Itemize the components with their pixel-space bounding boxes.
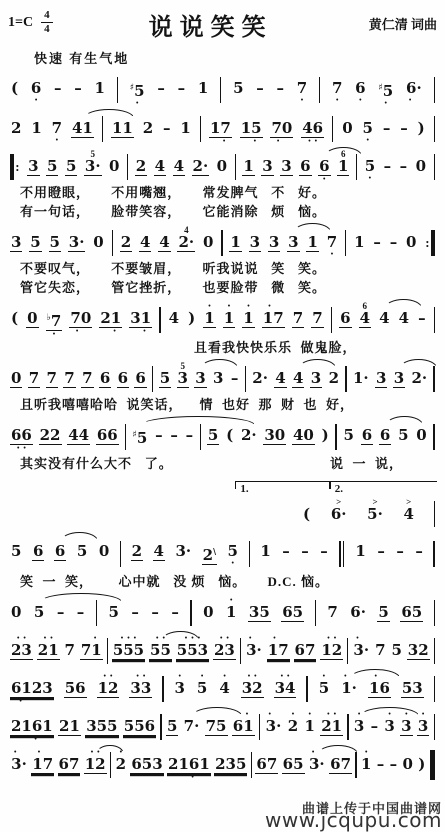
note: •3 bbox=[383, 710, 395, 742]
note-text: – bbox=[170, 604, 180, 621]
note-text: 1 bbox=[197, 80, 209, 97]
lyric-right: 说 一 说， bbox=[330, 455, 403, 473]
note-text: 31 bbox=[129, 310, 152, 328]
note-text: 6 bbox=[54, 543, 66, 561]
note-text: 41 bbox=[71, 120, 94, 138]
note: 355 bbox=[85, 710, 118, 743]
note-text: 23 bbox=[10, 642, 33, 660]
note: • 17 bbox=[262, 302, 285, 335]
note-text: 4 bbox=[218, 680, 230, 697]
note: • 3· bbox=[352, 634, 370, 666]
note: 4 bbox=[292, 362, 304, 395]
note: •1 bbox=[203, 302, 215, 335]
duration-dash: – bbox=[414, 535, 424, 567]
note: 2· bbox=[240, 419, 258, 451]
note: 32 bbox=[407, 634, 430, 667]
barline bbox=[332, 114, 333, 144]
note-text: 4 bbox=[139, 234, 151, 252]
note: 6 bbox=[299, 150, 311, 183]
barline bbox=[200, 422, 201, 452]
duration-dash: – bbox=[372, 226, 382, 258]
note: •4 bbox=[218, 672, 230, 704]
barline bbox=[434, 598, 435, 628]
note-text: 2 bbox=[328, 370, 340, 387]
note: 7 bbox=[292, 302, 304, 335]
note-text: 5 bbox=[397, 427, 409, 444]
note: 61 bbox=[337, 150, 349, 183]
note-text: 5 bbox=[377, 604, 389, 622]
note: 6·• bbox=[405, 72, 423, 104]
duration-dash: – bbox=[319, 535, 329, 567]
note-text: 6 bbox=[99, 370, 111, 388]
note-text: 3· bbox=[352, 642, 370, 659]
barline bbox=[319, 75, 320, 105]
note: •61 bbox=[232, 710, 255, 743]
barline: : bbox=[424, 228, 435, 258]
accidental: ♯ bbox=[378, 83, 382, 93]
note-text: 21 bbox=[320, 718, 343, 736]
slide-mark: \ bbox=[213, 546, 216, 556]
octave-dot-low: • bbox=[363, 137, 373, 144]
note: •2 bbox=[287, 710, 299, 742]
note-text: 3· bbox=[265, 718, 283, 735]
rest-note: 0 bbox=[10, 362, 22, 395]
note-text: 556 bbox=[123, 718, 156, 736]
note-text: 4 bbox=[153, 543, 165, 561]
note-text: – bbox=[372, 234, 382, 251]
note: •1 bbox=[360, 748, 372, 780]
note: 5 bbox=[343, 419, 355, 451]
note: 1 bbox=[242, 150, 254, 183]
intro-line-1: (6•––1♯5•––15––7•7•6•♯5•6·• bbox=[8, 72, 437, 107]
barline bbox=[245, 364, 246, 394]
note-text: – bbox=[130, 604, 140, 621]
note-text: – bbox=[376, 756, 386, 773]
note: 4 bbox=[153, 535, 165, 568]
barline bbox=[220, 75, 221, 105]
note-text: 65 bbox=[281, 604, 304, 622]
note-text: 67 bbox=[58, 756, 81, 774]
note-text: 0 bbox=[216, 158, 228, 175]
note-text: – bbox=[399, 120, 409, 137]
note: 2 bbox=[142, 112, 154, 144]
note: 3 bbox=[212, 362, 224, 394]
barline: : bbox=[10, 152, 21, 182]
note-text: 75 bbox=[205, 718, 228, 736]
octave-dot-low: • bbox=[172, 774, 205, 781]
note-text: 4 bbox=[292, 370, 304, 388]
key-time-signature: 1=C 4 4 bbox=[8, 6, 53, 35]
paren: ) bbox=[321, 419, 330, 451]
volta-2-bracket: 2. bbox=[330, 481, 437, 496]
rest-note: 0 bbox=[216, 150, 228, 182]
note-text: ) bbox=[321, 427, 330, 444]
note-text: 4 bbox=[398, 310, 410, 327]
note-text: 3 bbox=[417, 718, 429, 736]
rest-note: 0 bbox=[405, 226, 417, 258]
note-text: – bbox=[73, 80, 83, 97]
note-text: – bbox=[395, 543, 405, 560]
note: 1 bbox=[179, 112, 191, 144]
note: 3 bbox=[194, 362, 206, 395]
note: 2 bbox=[10, 112, 22, 144]
note-text: 6· bbox=[349, 604, 367, 621]
octave-dot-low: • bbox=[332, 97, 342, 104]
note-text: 7 bbox=[28, 370, 40, 388]
note: 1· bbox=[352, 362, 370, 394]
note: 5 bbox=[377, 596, 389, 629]
note-text: 32 bbox=[407, 642, 430, 660]
note-text: – bbox=[169, 427, 179, 444]
note-text: 5 bbox=[207, 427, 219, 445]
note-text: 1 bbox=[353, 234, 365, 251]
note: 67 bbox=[255, 748, 278, 781]
note-text: 5 bbox=[159, 370, 171, 388]
note-text: 7 bbox=[63, 370, 75, 388]
note-text: 22 bbox=[39, 427, 62, 445]
duration-dash: – bbox=[53, 72, 63, 104]
note-text: 1 bbox=[242, 310, 254, 328]
duration-dash: – bbox=[76, 596, 86, 628]
volta-brackets: 1.2. bbox=[8, 481, 437, 496]
note-text: 7 bbox=[46, 370, 58, 388]
note: 66 bbox=[96, 419, 119, 452]
note-text: 4 bbox=[378, 310, 390, 327]
note-text: – bbox=[150, 604, 160, 621]
duration-dash: – bbox=[383, 150, 393, 182]
note-text: 2· bbox=[251, 370, 269, 387]
note: 46•• bbox=[301, 112, 324, 145]
note-text: 3 bbox=[10, 234, 22, 252]
barline bbox=[356, 152, 357, 182]
note: • 3· bbox=[308, 748, 326, 780]
barline bbox=[96, 598, 97, 628]
note-text: ) bbox=[187, 310, 196, 327]
note: •3 bbox=[417, 710, 429, 743]
note-text: 5 bbox=[196, 680, 208, 697]
note-text: 5 bbox=[10, 543, 22, 560]
duration-dash: – bbox=[399, 112, 409, 144]
score-body: (6•––1♯5•––15––7•7•6•♯5•6·• 217•41112–11… bbox=[8, 72, 437, 781]
note: 3 bbox=[375, 362, 387, 395]
note: 2· bbox=[410, 362, 428, 394]
accent-mark: > bbox=[372, 498, 377, 505]
duration-dash: – bbox=[370, 710, 380, 742]
note: 2 bbox=[120, 226, 132, 259]
note-text: ( bbox=[302, 506, 311, 523]
rest-note: 0 bbox=[202, 596, 214, 628]
barline bbox=[125, 422, 126, 452]
note: 75 bbox=[205, 710, 228, 743]
note: 5 bbox=[65, 150, 77, 183]
volta-1-bracket: 1. bbox=[235, 481, 329, 496]
note: 41 bbox=[71, 112, 94, 145]
note-text: 653 bbox=[130, 756, 163, 774]
note-text: 2161 bbox=[167, 756, 211, 774]
note: •5 bbox=[318, 672, 330, 704]
note: 2 bbox=[135, 150, 147, 183]
note: 6 bbox=[54, 535, 66, 568]
note: 5 bbox=[76, 535, 88, 567]
note: 7 bbox=[64, 634, 76, 666]
note-text: – bbox=[389, 756, 399, 773]
note-text: ) bbox=[417, 756, 426, 773]
rest-note: 0 bbox=[415, 150, 427, 182]
duration-dash: – bbox=[56, 596, 66, 628]
note: ••55 bbox=[149, 634, 172, 667]
paren: ( bbox=[302, 498, 311, 530]
note-text: 7 bbox=[296, 80, 308, 97]
note: •1 bbox=[223, 302, 235, 335]
note-text: 56 bbox=[64, 680, 87, 698]
octave-dot-low: •• bbox=[13, 445, 30, 452]
note-text: 3 bbox=[393, 370, 405, 388]
note: 65 bbox=[281, 596, 304, 629]
note: ••12 bbox=[320, 634, 343, 667]
note: >6· bbox=[330, 498, 348, 530]
note-text: – bbox=[417, 310, 427, 327]
note: • 16 bbox=[368, 672, 391, 705]
duration-dash: – bbox=[281, 535, 291, 567]
note: 5 bbox=[390, 634, 402, 666]
note: 5• bbox=[364, 150, 376, 182]
note: 2· bbox=[192, 150, 210, 183]
key-signature: 1=C bbox=[8, 15, 33, 31]
note: 66•• bbox=[10, 419, 33, 452]
note-text: 1 bbox=[229, 234, 241, 252]
note: •1 bbox=[225, 596, 237, 628]
note: 21 bbox=[58, 710, 81, 743]
note-text: 2· bbox=[240, 427, 258, 444]
note-text: 553 bbox=[176, 642, 209, 660]
note-text: 355 bbox=[85, 718, 118, 736]
note-text: 3 bbox=[174, 680, 186, 697]
rest-note: 0 bbox=[341, 112, 353, 144]
note: 7• bbox=[326, 226, 338, 258]
note-text: 5· bbox=[366, 506, 384, 523]
note: 53· bbox=[84, 150, 102, 183]
note: 3· bbox=[68, 226, 86, 259]
note: 7· bbox=[183, 710, 201, 742]
note: 3 bbox=[310, 362, 322, 395]
note-text: 0 bbox=[108, 158, 120, 175]
note: 3 bbox=[261, 150, 273, 183]
octave-dot-low: • bbox=[273, 138, 291, 145]
note: 40 bbox=[292, 419, 315, 452]
note: •3 bbox=[400, 710, 412, 743]
accent-mark: > bbox=[336, 498, 341, 505]
note-text: 2 bbox=[115, 756, 127, 773]
note: 1 bbox=[197, 72, 209, 104]
note: 65 bbox=[400, 596, 423, 629]
octave-dot-low: • bbox=[297, 97, 307, 104]
octave-dot-low: • bbox=[132, 100, 142, 107]
note-text: 555 bbox=[112, 642, 145, 660]
note-text: 2· bbox=[410, 370, 428, 387]
note-text: 3 bbox=[177, 370, 189, 388]
rest-note: 0 bbox=[26, 302, 38, 335]
note-text: 2· bbox=[177, 234, 195, 252]
note: 5 bbox=[29, 226, 41, 259]
note: 5 bbox=[108, 596, 120, 628]
note-text: 235 bbox=[214, 756, 247, 774]
note-text: 7 bbox=[326, 234, 338, 251]
octave-dot-low: • bbox=[211, 138, 229, 145]
accidental: ♯ bbox=[130, 83, 134, 93]
watermark: 曲谱上传于中国曲谱网 www.jcqupu.com bbox=[265, 798, 442, 832]
note-text: 0 bbox=[405, 234, 417, 251]
note: 3 bbox=[10, 226, 22, 259]
octave-dot-low: • bbox=[72, 328, 90, 335]
bridge-line-3: 66••224466♯5–––5(2·3040)56650 bbox=[8, 419, 437, 454]
note: 3 bbox=[393, 362, 405, 395]
note: 5 bbox=[33, 596, 45, 628]
octave-dot-low: • bbox=[365, 175, 375, 182]
note: • 3· bbox=[265, 710, 283, 742]
note-text: 0 bbox=[341, 120, 353, 137]
octave-dot-low: • bbox=[228, 560, 238, 567]
note-text: 3· bbox=[84, 158, 102, 176]
score-header: 1=C 4 4 说说笑笑 黄仁清 词曲 bbox=[8, 6, 437, 42]
note-text: 34 bbox=[274, 680, 297, 698]
note-text: 6123 bbox=[10, 680, 54, 698]
paren: ) bbox=[187, 302, 196, 334]
barline bbox=[152, 364, 153, 394]
note-text: – bbox=[319, 543, 329, 560]
note: 6123• bbox=[10, 672, 54, 705]
note-text: 1 bbox=[360, 756, 372, 773]
note-text: 5 bbox=[33, 604, 45, 621]
time-signature: 4 4 bbox=[41, 10, 53, 35]
coda-line-2: ••23••217 •71•••555••55•••553••23• 3·• 1… bbox=[8, 634, 437, 667]
barline bbox=[434, 674, 435, 704]
note: 42· bbox=[177, 226, 195, 259]
barline bbox=[434, 114, 435, 144]
note-text: 2 bbox=[287, 718, 299, 735]
barline bbox=[434, 75, 435, 105]
paren: ( bbox=[10, 72, 19, 104]
barline bbox=[127, 152, 128, 182]
note: 4 bbox=[154, 150, 166, 183]
paren: ( bbox=[10, 302, 19, 334]
note-text: – bbox=[383, 158, 393, 175]
note-text: 1 bbox=[179, 120, 191, 137]
paren: ) bbox=[417, 112, 426, 144]
note-text: 4 bbox=[168, 310, 180, 327]
note: • 17 bbox=[31, 748, 54, 781]
note: 30 bbox=[263, 419, 286, 452]
note-text: 3· bbox=[308, 756, 326, 773]
coda-line-5: • 3·• 1767••12•26532161 • 2356765• 3·67•… bbox=[8, 748, 437, 781]
note-text: 0 bbox=[10, 604, 22, 621]
note-text: – bbox=[56, 604, 66, 621]
duration-dash: – bbox=[417, 302, 427, 334]
barline bbox=[107, 636, 108, 666]
note: 64 bbox=[359, 302, 371, 335]
note: ••21 bbox=[37, 634, 60, 667]
note: •5 bbox=[196, 672, 208, 704]
note: 3 bbox=[268, 226, 280, 259]
note: 15 • bbox=[240, 112, 263, 145]
note-text: 7 bbox=[64, 642, 76, 659]
barline bbox=[434, 499, 435, 529]
note: 7 bbox=[311, 302, 323, 335]
sheet-music-page: 1=C 4 4 说说笑笑 黄仁清 词曲 快速 有生气地 (6•––1♯5•––1… bbox=[0, 0, 445, 832]
note: 4 bbox=[274, 362, 286, 395]
intro-line-2: 217•41112–117 •15 •70• 46••05•––) bbox=[8, 112, 437, 145]
note-text: 11 bbox=[111, 120, 134, 138]
note-text: – bbox=[154, 427, 164, 444]
note-text: 33 bbox=[129, 680, 152, 698]
note: • 17 bbox=[267, 634, 290, 667]
duration-dash: – bbox=[162, 112, 172, 144]
chorus-line-1: 56650243·2\5•1–––1––– bbox=[8, 535, 437, 572]
note: 56 bbox=[64, 672, 87, 705]
note-text: 3 bbox=[353, 718, 365, 735]
note-text: 70 bbox=[270, 120, 293, 138]
note: 31 • bbox=[129, 302, 152, 335]
note: 6 bbox=[117, 362, 129, 395]
accidental: ♭ bbox=[47, 313, 51, 323]
note: 44 bbox=[67, 419, 90, 452]
octave-dot-low: • bbox=[15, 736, 48, 743]
note: 7• bbox=[51, 112, 63, 144]
note: 2\ bbox=[202, 535, 217, 572]
note: 53 bbox=[177, 362, 189, 395]
rest-note: 0 bbox=[98, 535, 110, 567]
note: 3 bbox=[249, 226, 261, 259]
note-text: 2 bbox=[135, 158, 147, 176]
note: 5 bbox=[207, 419, 219, 452]
note: 5 bbox=[397, 419, 409, 451]
note: 6 bbox=[32, 535, 44, 568]
duration-dash: – bbox=[376, 535, 386, 567]
note-text: – bbox=[281, 543, 291, 560]
note: • 3· bbox=[245, 634, 263, 666]
octave-dot-low: • bbox=[102, 328, 120, 335]
lyrics-1a: 不用瞪眼， 不用嘴翘， 常发脾气 不 好。 bbox=[8, 184, 437, 202]
octave-dot-low: • bbox=[49, 331, 59, 338]
note-text: 2 bbox=[131, 543, 143, 561]
barline bbox=[434, 712, 435, 742]
note: 6 bbox=[339, 302, 351, 335]
coda-line-4: 2161 • 2135555657·75 •61• 3·•2•1••21•3–•… bbox=[8, 710, 437, 743]
barline bbox=[110, 750, 111, 780]
note: 21 • bbox=[99, 302, 122, 335]
note-text: 1 bbox=[223, 310, 235, 328]
note: •2 bbox=[115, 748, 127, 780]
note: 5• bbox=[362, 112, 374, 144]
note-text: 70 bbox=[69, 310, 92, 328]
note-text: ♯5 bbox=[377, 80, 394, 100]
note-text: 2· bbox=[192, 158, 210, 176]
note-text: 67 bbox=[294, 642, 317, 660]
note-text: ♯5 bbox=[132, 427, 149, 447]
note-text: 3 bbox=[310, 370, 322, 388]
note-text: 61 bbox=[232, 718, 255, 736]
duration-dash: – bbox=[255, 72, 265, 104]
note-text: 1 bbox=[242, 158, 254, 176]
note-text: – bbox=[255, 80, 265, 97]
duration-dash: – bbox=[185, 419, 195, 451]
note-text: 23 bbox=[213, 642, 236, 660]
note: 11 bbox=[111, 112, 134, 145]
note-text: – bbox=[230, 370, 240, 387]
barline bbox=[240, 636, 241, 666]
note-text: 5 bbox=[76, 543, 88, 560]
note: •71 bbox=[80, 634, 103, 667]
duration-dash: – bbox=[230, 362, 240, 394]
